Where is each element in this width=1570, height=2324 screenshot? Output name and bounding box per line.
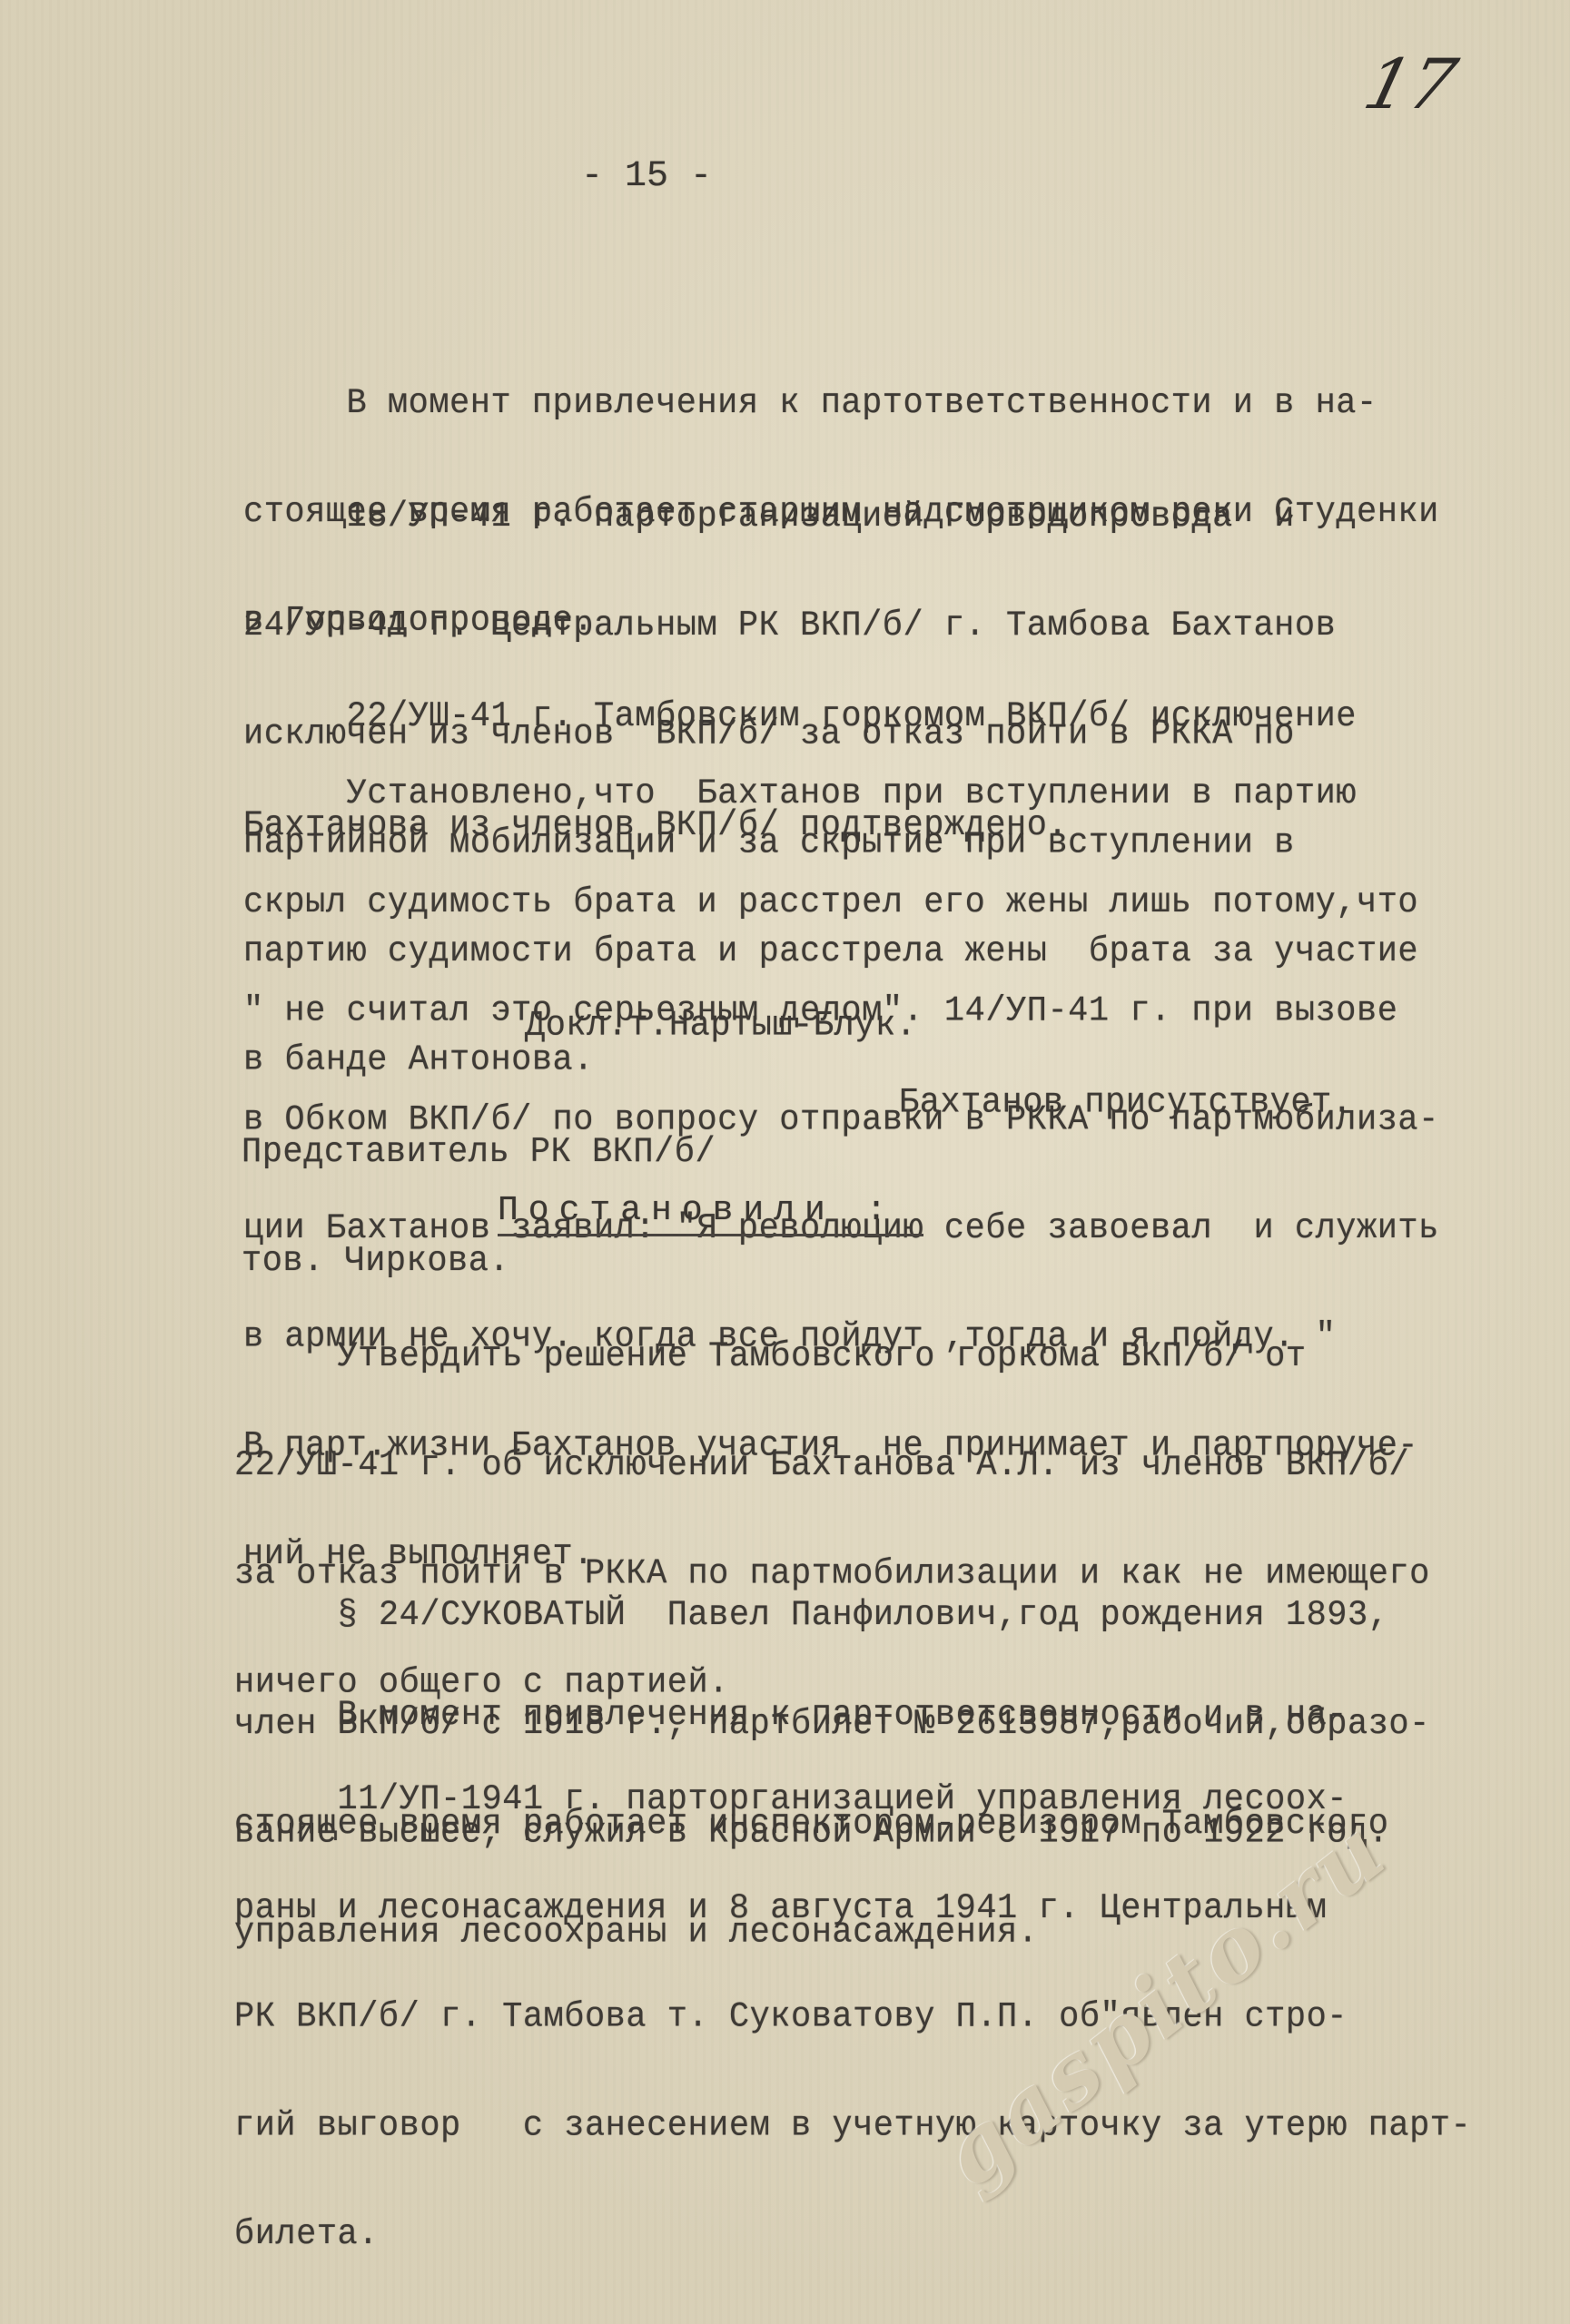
text-line: РК ВКП/б/ г. Тамбова т. Суковатову П.П. …: [234, 1999, 1471, 2035]
page-number: - 15 -: [581, 156, 712, 197]
text-line: В момент привлечения к партответственнос…: [243, 386, 1439, 422]
document-page: 17 - 15 - В момент привлечения к партотв…: [0, 0, 1570, 2324]
text-line: Установлено,что Бахтанов при вступлении …: [243, 776, 1439, 812]
reporter-line: Докл.т.Нартыш-Блук.: [525, 1008, 916, 1044]
text-line: 18/УП-41 г. парторганизацией Горводопров…: [243, 499, 1418, 536]
text-line: билета.: [234, 2217, 1471, 2253]
archive-sheet-number: 17: [1357, 44, 1465, 124]
case-24-reprimand: 11/УП-1941 г. парторганизацией управлени…: [234, 1709, 1471, 2324]
text-line: Представитель РК ВКП/б/: [242, 1135, 716, 1171]
text-line: скрыл судимость брата и расстрел его жен…: [243, 885, 1439, 921]
text-line: Утвердить решение Тамбовского горкома ВК…: [234, 1339, 1430, 1375]
text-line: гий выговор с занесением в учетную карто…: [234, 2108, 1471, 2144]
presence-note: Бахтанов присутствует.: [899, 1085, 1352, 1121]
text-line: 11/УП-1941 г. парторганизацией управлени…: [234, 1782, 1471, 1818]
text-line: 22/УШ-41 г. об исключении Бахтанова А.Л.…: [234, 1448, 1430, 1484]
resolved-heading: Постановили :: [498, 1191, 923, 1236]
